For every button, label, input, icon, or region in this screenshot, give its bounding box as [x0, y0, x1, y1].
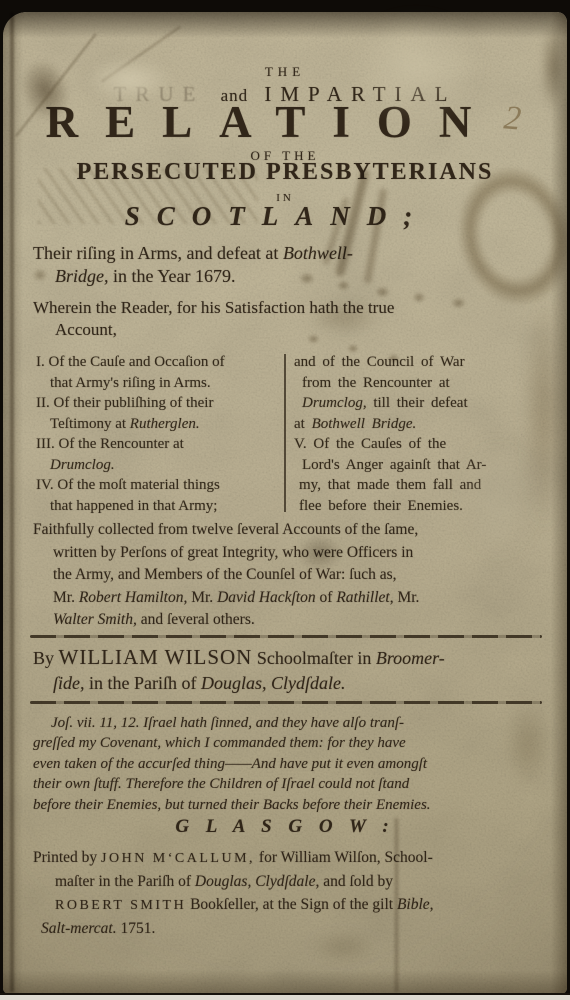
- text-run-italic: Bothwell Bridge.: [312, 416, 417, 432]
- text-run: in the Pariſh of: [85, 673, 201, 693]
- text-run: III. Of the Rencounter at: [36, 436, 184, 452]
- text-run-italic: Douglas, Clydſdale,: [195, 873, 319, 890]
- text-run-italic: Douglas, Clydſdale.: [201, 673, 346, 693]
- text-run-italic: ſide,: [53, 673, 85, 693]
- toc-line: flee before their Enemies.: [294, 496, 542, 517]
- text-run: the Army, and Members of the Counſel of …: [53, 566, 397, 583]
- author-name: WILLIAM WILSON: [59, 645, 253, 669]
- text-run: Mr.: [53, 589, 79, 606]
- printer-imprint: Printed by JOHN M‘CALLUM, for William Wi…: [33, 846, 547, 940]
- horizontal-rule: [30, 701, 542, 704]
- series-word-the: THE: [0, 64, 570, 80]
- wherein-paragraph: Wherein the Reader, for his Satisfaction…: [33, 297, 545, 341]
- text-run: that happened in that Army;: [50, 498, 217, 514]
- text-run: I. Of the Cauſe and Occaſion of: [36, 354, 225, 370]
- contents-left-column: I. Of the Cauſe and Occaſion of that Arm…: [36, 352, 280, 516]
- scan-bottom-strip: [0, 995, 570, 1000]
- toc-line: Teſtimony at Rutherglen.: [36, 414, 280, 435]
- main-title: RELATION: [0, 96, 557, 148]
- imprint-line: ROBERT SMITH Bookſeller, at the Sign of …: [33, 893, 547, 917]
- text-run-italic: Drumclog,: [302, 395, 367, 411]
- text-run: By: [33, 648, 59, 668]
- text-run-italic: Salt-mercat.: [41, 920, 117, 937]
- toc-line: that Army's riſing in Arms.: [36, 373, 280, 394]
- imprint-line: maſter in the Pariſh of Douglas, Clydſda…: [33, 870, 547, 893]
- column-divider-rule: [284, 354, 286, 512]
- toc-line: Lord's Anger againſt that Ar-: [294, 455, 542, 476]
- subject-line: PERSECUTED PRESBYTERIANS: [0, 159, 570, 186]
- imprint-year: 1751.: [117, 920, 156, 937]
- author-byline: By WILLIAM WILSON Schoolmaſter in Broome…: [33, 645, 547, 696]
- wherein-line-2: Account,: [33, 319, 545, 341]
- toc-line: Drumclog, till their defeat: [294, 393, 542, 414]
- text-run: Schoolmaſter in: [252, 648, 375, 668]
- toc-line: that happened in that Army;: [36, 496, 280, 517]
- text-run: , Mr.: [390, 589, 420, 606]
- handwritten-numeral: 2: [502, 99, 522, 138]
- toc-line: and of the Council of War: [294, 352, 542, 373]
- text-run: Mr.: [187, 589, 217, 606]
- subtitle-line-2: Bridge, in the Year 1679.: [33, 265, 545, 288]
- collected-paragraph: Faithfully collected from twelve ſeveral…: [33, 519, 547, 632]
- text-run-italic: Rutherglen.: [130, 416, 200, 432]
- horizontal-rule: [30, 635, 542, 638]
- toc-line: III. Of the Rencounter at: [36, 434, 280, 455]
- text-run-italic: Rathillet: [336, 589, 389, 606]
- text-run: Bookſeller, at the Sign of the gilt: [186, 896, 397, 913]
- text-run: till their defeat: [367, 395, 468, 411]
- text-run: Lord's Anger againſt that Ar-: [302, 457, 486, 473]
- toc-line: from the Rencounter at: [294, 373, 542, 394]
- place-line: SCOTLAND;: [0, 201, 562, 232]
- text-run: maſter in the Pariſh of: [55, 873, 195, 890]
- text-run: at: [294, 416, 312, 432]
- scripture-line: their own ſtuff. Therefore the Children …: [33, 774, 547, 794]
- text-run: in the Year 1679.: [109, 266, 236, 286]
- text-run: and ſeveral others.: [137, 611, 255, 628]
- collected-line: the Army, and Members of the Counſel of …: [33, 564, 547, 587]
- toc-line: my, that made them fall and: [294, 475, 542, 496]
- subtitle-paragraph: Their riſing in Arms, and defeat at Both…: [33, 242, 545, 288]
- text-run: Printed by: [33, 849, 101, 866]
- byline-line-2: ſide, in the Pariſh of Douglas, Clydſdal…: [33, 671, 547, 696]
- byline-line-1: By WILLIAM WILSON Schoolmaſter in Broome…: [33, 645, 547, 671]
- printer-name: JOHN M‘CALLUM,: [101, 851, 255, 866]
- toc-line: V. Of the Cauſes of the: [294, 434, 542, 455]
- bookseller-name: ROBERT SMITH: [55, 898, 186, 913]
- scan-viewport: THE TRUE and IMPARTIAL RELATION OF THE P…: [0, 0, 570, 1000]
- text-run: and of the Council of War: [294, 354, 465, 370]
- text-run: and ſold by: [319, 873, 393, 890]
- toc-line: Drumclog.: [36, 455, 280, 476]
- text-run: Faithfully collected from twelve ſeveral…: [33, 521, 418, 538]
- text-run: IV. Of the moſt material things: [36, 477, 220, 493]
- text-run: for William Wilſon, School-: [255, 849, 433, 866]
- text-run: of: [316, 589, 337, 606]
- scripture-line: greſſed my Covenant, which I commanded t…: [33, 733, 547, 753]
- toc-line: at Bothwell Bridge.: [294, 414, 542, 435]
- text-run: flee before their Enemies.: [299, 498, 463, 514]
- text-run-italic: Walter Smith,: [53, 611, 137, 628]
- scripture-line: before their Enemies, but turned their B…: [33, 795, 547, 815]
- text-run: II. Of their publiſhing of their: [36, 395, 213, 411]
- scripture-line: Joſ. vii. 11, 12. Iſrael hath ſinned, an…: [33, 713, 547, 733]
- text-run-italic: Bothwell-: [283, 243, 353, 263]
- scripture-line: even taken of the accurſed thing——And ha…: [33, 754, 547, 774]
- imprint-city: G L A S G O W :: [0, 816, 570, 838]
- text-run: from the Rencounter at: [302, 375, 450, 391]
- text-run: Their riſing in Arms, and defeat at: [33, 243, 283, 263]
- text-run: that Army's riſing in Arms.: [50, 375, 211, 391]
- text-run: Teſtimony at: [50, 416, 130, 432]
- scripture-epigraph: Joſ. vii. 11, 12. Iſrael hath ſinned, an…: [33, 713, 547, 815]
- wherein-line-1: Wherein the Reader, for his Satisfaction…: [33, 297, 545, 319]
- imprint-line: Printed by JOHN M‘CALLUM, for William Wi…: [33, 846, 547, 870]
- subtitle-line-1: Their riſing in Arms, and defeat at Both…: [33, 242, 545, 265]
- toc-line: I. Of the Cauſe and Occaſion of: [36, 352, 280, 373]
- text-run: written by Perſons of great Integrity, w…: [53, 544, 413, 561]
- text-run-italic: Bridge,: [55, 266, 109, 286]
- text-run-italic: Robert Hamilton,: [79, 589, 188, 606]
- toc-line: II. Of their publiſhing of their: [36, 393, 280, 414]
- collected-line: written by Perſons of great Integrity, w…: [33, 542, 547, 565]
- text-run-italic: Bible,: [397, 896, 434, 913]
- text-run-italic: David Hackſton: [217, 589, 316, 606]
- collected-line: Mr. Robert Hamilton, Mr. David Hackſton …: [33, 587, 547, 610]
- toc-line: IV. Of the moſt material things: [36, 475, 280, 496]
- text-run: V. Of the Cauſes of the: [294, 436, 446, 452]
- text-run: my, that made them fall and: [299, 477, 481, 493]
- imprint-line: Salt-mercat. 1751.: [33, 917, 547, 940]
- collected-line: Faithfully collected from twelve ſeveral…: [33, 519, 547, 542]
- contents-right-column: and of the Council of War from the Renco…: [294, 352, 542, 516]
- collected-line: Walter Smith, and ſeveral others.: [33, 609, 547, 632]
- text-run-italic: Drumclog.: [50, 457, 115, 473]
- text-run-italic: Broomer-: [376, 648, 445, 668]
